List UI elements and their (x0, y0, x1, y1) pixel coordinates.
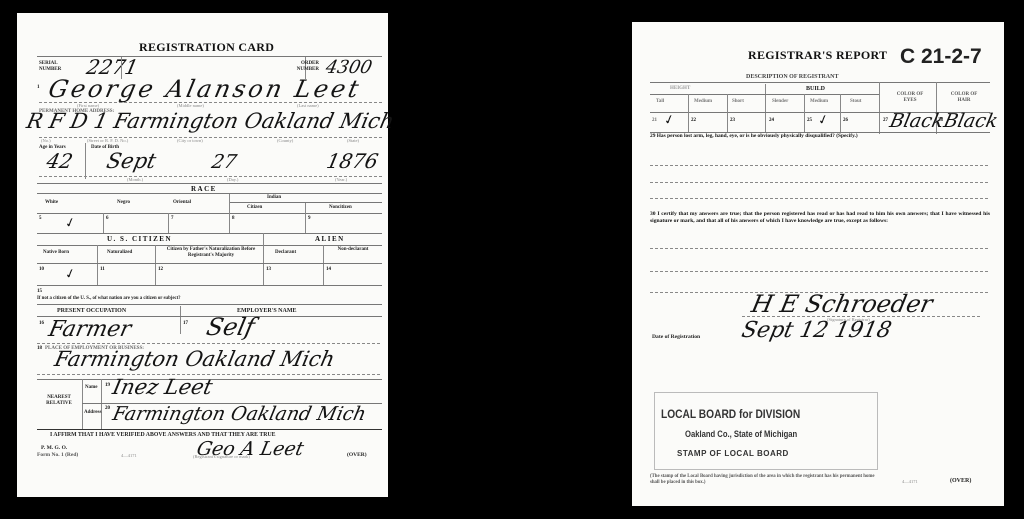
relative-address-value: Farmington Oakland Mich (111, 403, 369, 425)
race-white-check-icon: ✓ (63, 215, 77, 232)
occupation-value: Farmer (46, 317, 133, 342)
tall-check-icon: ✓ (662, 112, 676, 129)
dob-month: Sept (104, 149, 158, 173)
date-of-registration-label: Date of Registration (652, 334, 700, 340)
eye-color-label: COLOR OF EYES (890, 92, 930, 104)
date-of-registration-value: Sept 12 1918 (739, 318, 893, 343)
race-heading: RACE (191, 185, 217, 193)
divider (37, 183, 382, 184)
hair-color-label: COLOR OF HAIR (944, 92, 984, 104)
permanent-address-value: R F D 1 Farmington Oakland Mich (24, 109, 396, 133)
form-id-line1: P. M. G. O. (41, 445, 67, 451)
form-id-line2: Form No. 1 (Red) (37, 452, 78, 458)
dob-year: 1876 (324, 149, 380, 173)
relative-name-value: Inez Leet (110, 375, 214, 399)
occupation-label: PRESENT OCCUPATION (57, 308, 126, 314)
registrar-signature: H E Schroeder (749, 290, 935, 318)
stamp-line-2: Oakland Co., State of Michigan (685, 429, 797, 439)
divider (39, 176, 384, 177)
age-value: 42 (44, 149, 75, 173)
report-title: REGISTRAR'S REPORT (748, 48, 887, 63)
build-heading: BUILD (806, 86, 825, 92)
registrars-report: REGISTRAR'S REPORT C 21-2-7 DESCRIPTION … (632, 22, 1004, 506)
employer-value: Self (204, 313, 257, 341)
over-label: (OVER) (950, 478, 971, 484)
not-citizen-question: If not a citizen of the U. S., of what n… (37, 296, 181, 302)
place-of-employment-value: Farmington Oakland Mich (52, 347, 337, 371)
description-heading: DESCRIPTION OF REGISTRANT (746, 74, 838, 80)
serial-number-label: SERIAL NUMBER (39, 61, 67, 73)
question-29: 29 Has person lost arm, leg, hand, eye, … (650, 133, 990, 140)
hair-color-value: Black (942, 110, 1000, 132)
nearest-relative-label: NEAREST RELATIVE (39, 395, 79, 407)
over-label: (OVER) (347, 452, 367, 458)
certification-text: 30 I certify that my answers are true; t… (650, 211, 990, 224)
alien-heading: ALIEN (315, 235, 345, 243)
stamp-line-3: STAMP OF LOCAL BOARD (677, 449, 789, 458)
local-board-stamp-box: LOCAL BOARD for DIVISION Oakland Co., St… (654, 392, 878, 470)
stamp-caption: (The stamp of the Local Board having jur… (650, 474, 880, 486)
height-heading: HEIGHT (670, 86, 690, 92)
dob-day: 27 (210, 151, 239, 173)
registration-card-front: REGISTRATION CARD SERIAL NUMBER 2271 ORD… (17, 13, 388, 497)
stamp-line-1: LOCAL BOARD for DIVISION (661, 407, 800, 421)
registrant-name: George Alanson Leet (46, 75, 364, 103)
native-born-check-icon: ✓ (63, 266, 77, 283)
us-citizen-heading: U. S. CITIZEN (107, 235, 172, 243)
divider (85, 143, 86, 179)
medium-build-check-icon: ✓ (816, 112, 830, 129)
order-number-label: ORDER NUMBER (289, 61, 319, 73)
stamp-code: C 21-2-7 (900, 45, 982, 69)
card-title: REGISTRATION CARD (139, 40, 274, 55)
indian-heading: Indian (267, 195, 281, 201)
